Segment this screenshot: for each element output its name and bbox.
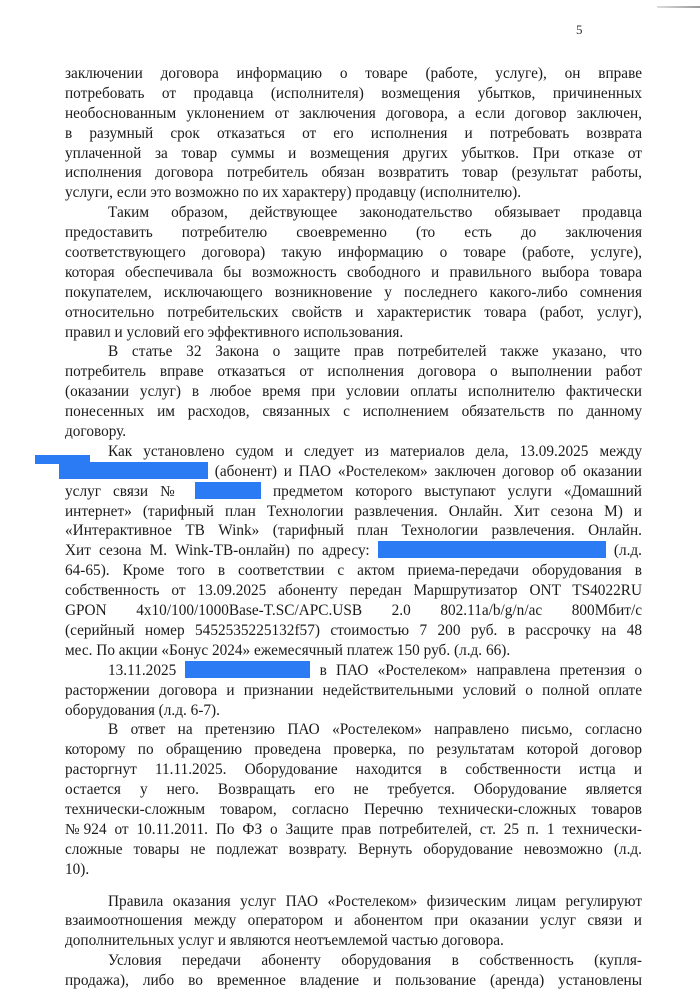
scan-edge-mark bbox=[657, 6, 700, 8]
text-segment: необоснованным уклонением от заключения … bbox=[65, 105, 642, 122]
text-line: (серийный номер 5452535225132f57) стоимо… bbox=[65, 621, 642, 641]
document-body: заключении договора информацию о товаре … bbox=[65, 64, 642, 989]
text-line: 10). bbox=[65, 860, 642, 880]
text-line: исполнения договора потребитель обязан в… bbox=[65, 163, 642, 183]
text-segment: (оказании услуг) в любое время при услов… bbox=[65, 383, 642, 400]
text-line: сложные товары не подлежат возврату. Вер… bbox=[65, 840, 642, 860]
text-segment: договору. bbox=[65, 423, 126, 440]
text-line: которому по обращению проведена проверка… bbox=[65, 740, 642, 760]
text-line: (абонент) и ПАО «Ростелеком» заключен до… bbox=[59, 462, 642, 482]
text-segment: (л.д. bbox=[614, 542, 642, 559]
text-line: (оказании услуг) в любое время при услов… bbox=[65, 382, 642, 402]
text-segment: мес. По акции «Бонус 2024» ежемесячный п… bbox=[65, 642, 510, 659]
text-line: потребовать от продавца (исполнителя) во… bbox=[65, 84, 642, 104]
text-segment: предметом которого выступают услуги «Дом… bbox=[273, 483, 642, 500]
text-line: интернет» (тарифный план Технологии разв… bbox=[65, 502, 642, 522]
text-segment: покупателем, исключающего возникновение … bbox=[65, 284, 642, 301]
text-segment: взаимоотношения между оператором и абоне… bbox=[65, 912, 642, 929]
text-line: собственность от 13.09.2025 абоненту пер… bbox=[65, 581, 642, 601]
text-segment: В статье 32 Закона о защите прав потреби… bbox=[108, 343, 642, 360]
text-line: относительно потребительских свойств и х… bbox=[65, 303, 642, 323]
text-segment: (серийный номер 5452535225132f57) стоимо… bbox=[65, 622, 642, 639]
text-segment: GPON 4x10/100/1000Base-T.SC/APC.USB 2.0 … bbox=[65, 602, 642, 619]
text-line: услуг связи № предметом которого выступа… bbox=[65, 482, 642, 502]
text-line: соответствующего договора) такую информа… bbox=[65, 243, 642, 263]
text-line: оборудования (л.д. 6-7). bbox=[65, 701, 642, 721]
text-segment: интернет» (тарифный план Технологии разв… bbox=[65, 503, 642, 520]
text-segment: Таким образом, действующее законодательс… bbox=[108, 204, 642, 221]
text-line: №924 от 10.11.2011. По ФЗ о Защите прав … bbox=[65, 820, 642, 840]
text-line: необоснованным уклонением от заключения … bbox=[65, 104, 642, 124]
text-segment: в разумный срок отказаться от его исполн… bbox=[65, 125, 642, 142]
text-line: остается у него. Возвращать его не требу… bbox=[65, 780, 642, 800]
text-segment: собственность от 13.09.2025 абоненту пер… bbox=[65, 582, 642, 599]
text-segment: которая обеспечивала бы возможность своб… bbox=[65, 264, 642, 281]
text-segment: (абонент) и ПАО «Ростелеком» заключен до… bbox=[215, 463, 642, 480]
text-line: технически-сложным товаром, согласно Пер… bbox=[65, 800, 642, 820]
text-line: заключении договора информацию о товаре … bbox=[65, 64, 642, 84]
document-page: 5 заключении договора информацию о товар… bbox=[0, 0, 700, 989]
text-line: 13.11.2025 в ПАО «Ростелеком» направлена… bbox=[65, 661, 642, 681]
text-segment: услуги, если это возможно по их характер… bbox=[65, 184, 521, 201]
text-line: понесенных им расходов, связанных с испо… bbox=[65, 402, 642, 422]
text-segment: уплаченной за товар суммы и возмещения д… bbox=[65, 145, 642, 162]
text-line: предоставить потребителю своевременно (т… bbox=[65, 223, 642, 243]
text-line: Условия передачи абоненту оборудования в… bbox=[65, 951, 642, 971]
text-segment: потребовать от продавца (исполнителя) во… bbox=[65, 85, 642, 102]
text-line: расторгнут 11.11.2025. Оборудование нахо… bbox=[65, 760, 642, 780]
text-segment: услуг связи № bbox=[65, 483, 183, 500]
text-line: договору. bbox=[65, 422, 642, 442]
redaction-block bbox=[378, 541, 606, 558]
text-segment: правил и условий его эффективного исполь… bbox=[65, 324, 403, 341]
text-segment: соответствующего договора) такую информа… bbox=[65, 244, 642, 261]
text-line: GPON 4x10/100/1000Base-T.SC/APC.USB 2.0 … bbox=[65, 601, 642, 621]
text-line: мес. По акции «Бонус 2024» ежемесячный п… bbox=[65, 641, 642, 661]
text-line: уплаченной за товар суммы и возмещения д… bbox=[65, 144, 642, 164]
paragraph-gap bbox=[65, 880, 642, 892]
text-line: в разумный срок отказаться от его исполн… bbox=[65, 124, 642, 144]
text-segment: Хит сезона М. Wink-ТВ-онлайн) по адресу: bbox=[65, 542, 370, 559]
text-segment: оборудования (л.д. 6-7). bbox=[65, 702, 220, 719]
text-segment: Условия передачи абоненту оборудования в… bbox=[108, 952, 642, 969]
text-line: которая обеспечивала бы возможность своб… bbox=[65, 263, 642, 283]
text-segment: потребитель вправе отказаться от исполне… bbox=[65, 363, 642, 380]
text-segment: №924 от 10.11.2011. По ФЗ о Защите прав … bbox=[65, 821, 642, 838]
text-segment: Правила оказания услуг ПАО «Ростелеком» … bbox=[108, 893, 642, 910]
text-line: В статье 32 Закона о защите прав потреби… bbox=[65, 342, 642, 362]
text-line: покупателем, исключающего возникновение … bbox=[65, 283, 642, 303]
text-segment: расторгнут 11.11.2025. Оборудование нахо… bbox=[65, 761, 642, 778]
text-segment: 10). bbox=[65, 861, 89, 878]
text-line: Правила оказания услуг ПАО «Ростелеком» … bbox=[65, 892, 642, 912]
text-segment: в ПАО «Ростелеком» направлена претензия … bbox=[320, 662, 642, 679]
text-line: «Интерактивное ТВ Wink» (тарифный план Т… bbox=[65, 521, 642, 541]
text-line: правил и условий его эффективного исполь… bbox=[65, 323, 642, 343]
redaction-block bbox=[59, 462, 208, 479]
text-line: Таким образом, действующее законодательс… bbox=[65, 203, 642, 223]
text-segment: продажа), либо во временное владение и п… bbox=[65, 972, 642, 989]
text-line: расторжении договора и признании недейст… bbox=[65, 681, 642, 701]
text-line: Хит сезона М. Wink-ТВ-онлайн) по адресу:… bbox=[65, 541, 642, 561]
text-line: потребитель вправе отказаться от исполне… bbox=[65, 362, 642, 382]
text-segment: 64-65). Кроме того в соответствии с акто… bbox=[65, 562, 642, 579]
text-line: Как установлено судом и следует из матер… bbox=[65, 442, 642, 462]
text-line: продажа), либо во временное владение и п… bbox=[65, 971, 642, 989]
text-segment: дополнительных услуг и являются неотъемл… bbox=[65, 932, 504, 949]
text-segment: предоставить потребителю своевременно (т… bbox=[65, 224, 642, 241]
text-line: 64-65). Кроме того в соответствии с акто… bbox=[65, 561, 642, 581]
text-line: услуги, если это возможно по их характер… bbox=[65, 183, 642, 203]
redaction-block bbox=[185, 661, 310, 678]
page-number: 5 bbox=[576, 22, 583, 38]
text-segment: сложные товары не подлежат возврату. Вер… bbox=[65, 841, 642, 858]
text-segment: технически-сложным товаром, согласно Пер… bbox=[65, 801, 642, 818]
text-segment: «Интерактивное ТВ Wink» (тарифный план Т… bbox=[65, 522, 642, 539]
text-segment: исполнения договора потребитель обязан в… bbox=[65, 164, 642, 181]
text-segment: расторжении договора и признании недейст… bbox=[65, 682, 642, 699]
text-line: дополнительных услуг и являются неотъемл… bbox=[65, 931, 642, 951]
text-segment: В ответ на претензию ПАО «Ростелеком» на… bbox=[108, 721, 642, 738]
text-segment: понесенных им расходов, связанных с испо… bbox=[65, 403, 642, 420]
text-segment: остается у него. Возвращать его не требу… bbox=[65, 781, 642, 798]
text-segment: 13.11.2025 bbox=[108, 662, 176, 679]
text-line: В ответ на претензию ПАО «Ростелеком» на… bbox=[65, 720, 642, 740]
text-line: взаимоотношения между оператором и абоне… bbox=[65, 911, 642, 931]
text-segment: относительно потребительских свойств и х… bbox=[65, 304, 642, 321]
text-segment: Как установлено судом и следует из матер… bbox=[108, 443, 642, 460]
text-segment: которому по обращению проведена проверка… bbox=[65, 741, 642, 758]
text-segment: заключении договора информацию о товаре … bbox=[65, 65, 642, 82]
redaction-party-name bbox=[35, 455, 90, 464]
redaction-block bbox=[195, 482, 261, 499]
